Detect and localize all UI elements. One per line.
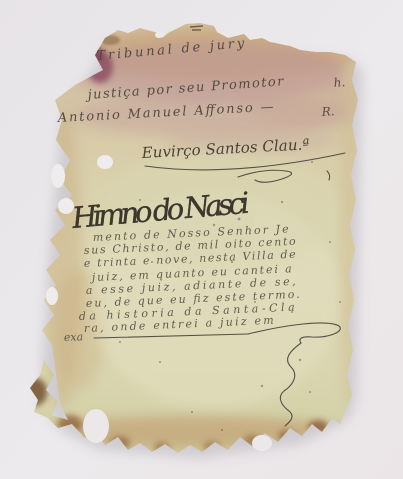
handwritten-line: exa	[64, 330, 84, 344]
margin-note: h.	[333, 75, 346, 90]
manuscript-photo: Tribunal de jury justiça por seu Promoto…	[0, 0, 403, 479]
margin-note: R.	[320, 104, 335, 119]
photo-stage: Tribunal de jury justiça por seu Promoto…	[0, 0, 403, 479]
